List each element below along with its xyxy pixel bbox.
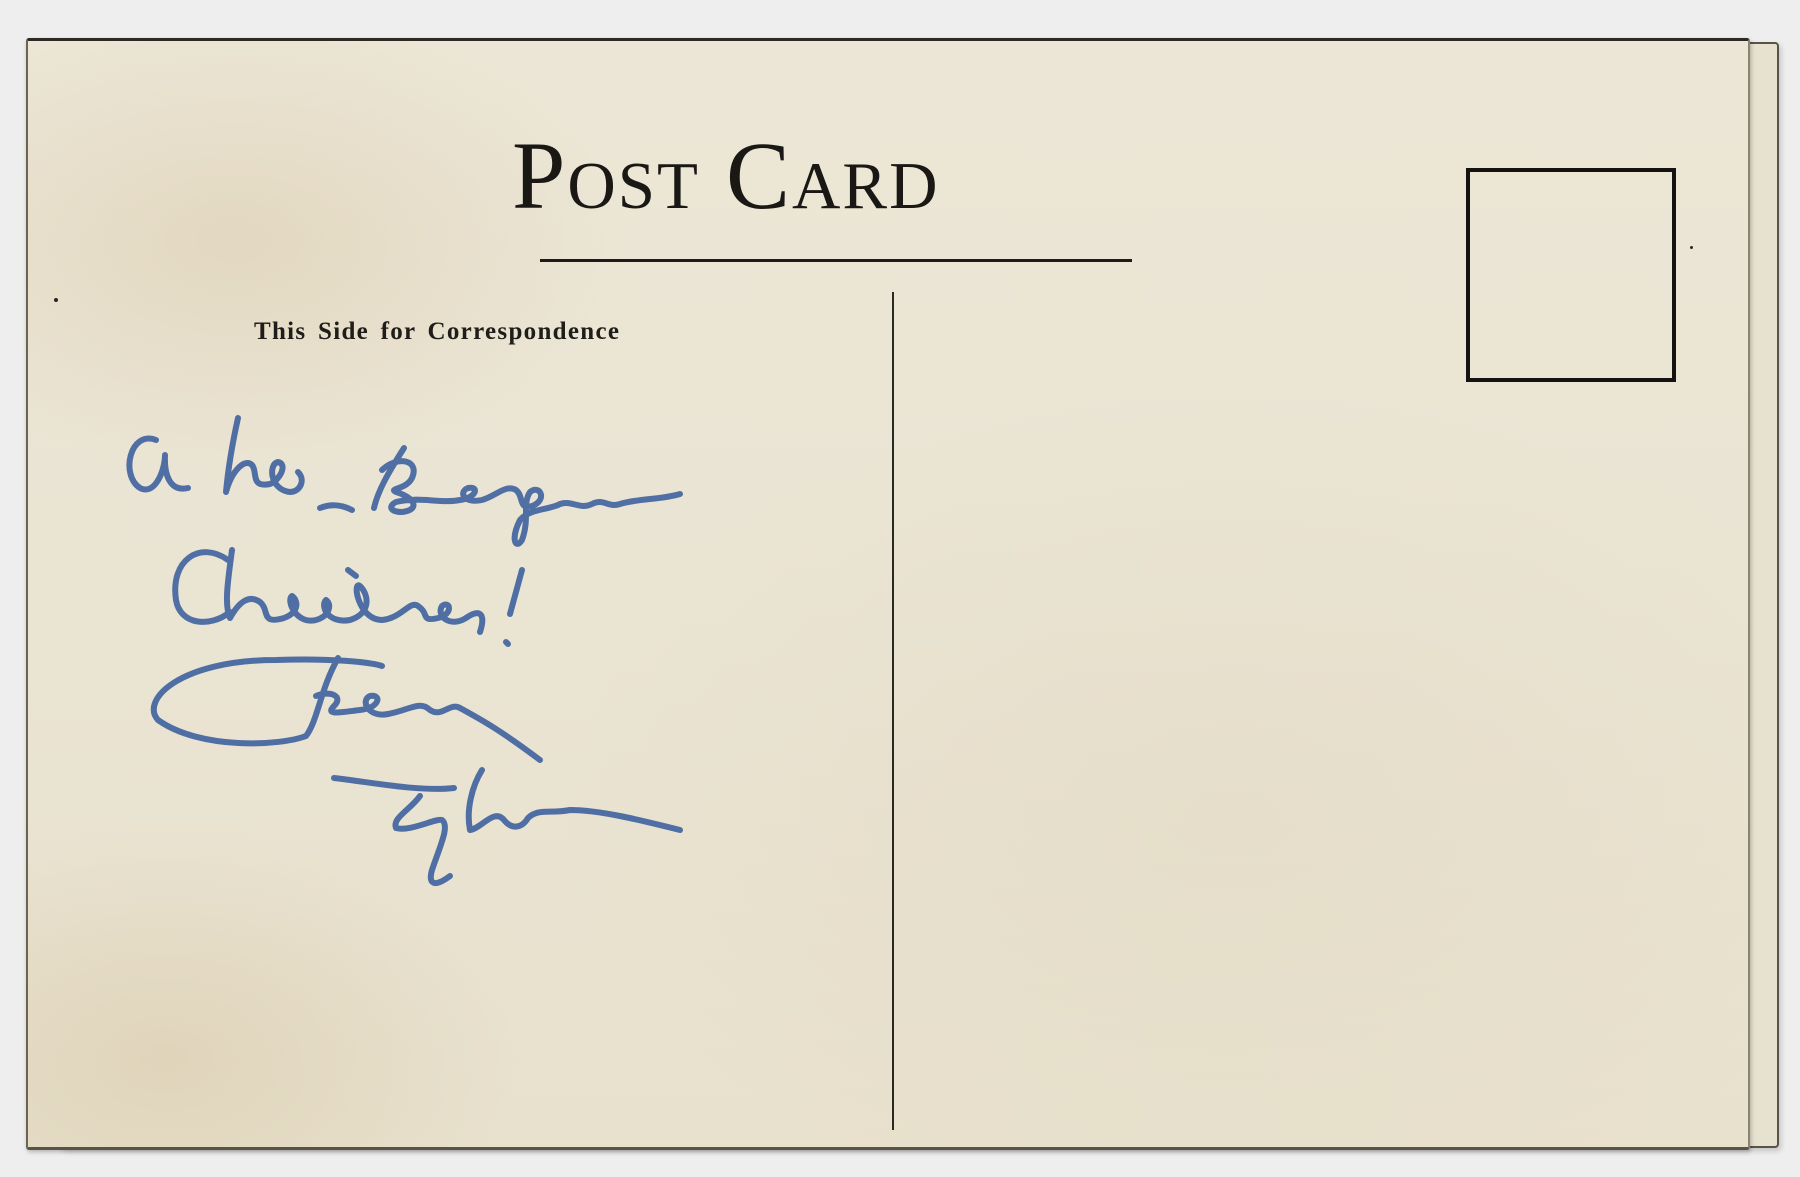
title-underline — [540, 259, 1132, 262]
postcard-title: Post Card — [512, 128, 1132, 224]
correspondence-label: This Side for Correspondence — [254, 318, 620, 346]
stamp-box — [1466, 168, 1676, 382]
paper-speck — [1690, 246, 1693, 249]
paper-speck — [54, 298, 58, 302]
handwritten-message: A Neo-Baroque Christmas! Parker Tyler — [120, 400, 940, 1020]
handwriting-strokes — [120, 400, 940, 1020]
